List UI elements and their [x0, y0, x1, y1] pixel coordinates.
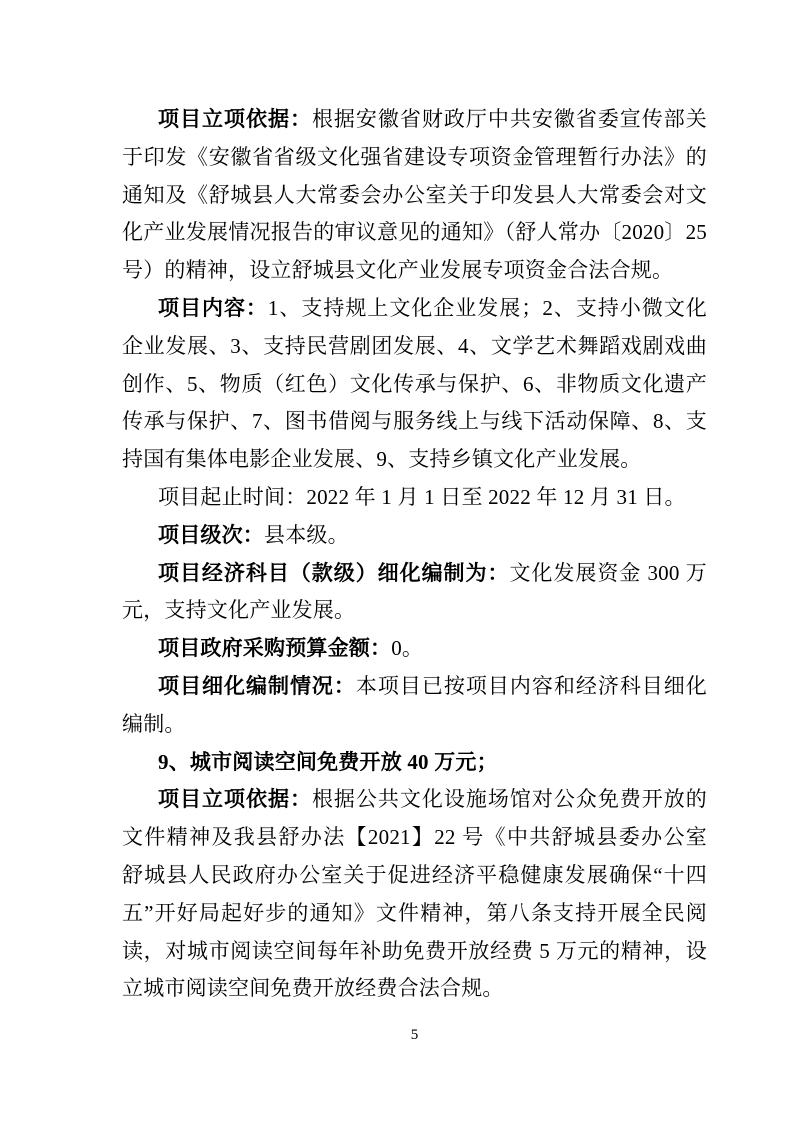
- document-body: 项目立项依据：根据安徽省财政厅中共安徽省委宣传部关于印发《安徽省省级文化强省建设…: [122, 101, 707, 1008]
- body-text: 项目起止时间：2022 年 1 月 1 日至 2022 年 12 月 31 日。: [158, 485, 686, 509]
- paragraph: 项目起止时间：2022 年 1 月 1 日至 2022 年 12 月 31 日。: [122, 479, 707, 517]
- label-text: 项目经济科目（款级）细化编制为：: [158, 561, 509, 585]
- paragraph: 项目经济科目（款级）细化编制为：文化发展资金 300 万元，支持文化产业发展。: [122, 555, 707, 631]
- body-text: 根据公共文化设施场馆对公众免费开放的文件精神及我县舒办法【2021】22 号《中…: [122, 787, 728, 1000]
- paragraph: 项目立项依据：根据安徽省财政厅中共安徽省委宣传部关于印发《安徽省省级文化强省建设…: [122, 101, 707, 290]
- paragraph: 项目政府采购预算金额：0。: [122, 630, 707, 668]
- label-text: 9、城市阅读空间免费开放 40 万元；: [158, 750, 498, 774]
- label-text: 项目立项依据：: [158, 787, 312, 811]
- label-text: 项目内容：: [158, 296, 268, 320]
- label-text: 项目政府采购预算金额：: [158, 636, 391, 660]
- paragraph: 项目立项依据：根据公共文化设施场馆对公众免费开放的文件精神及我县舒办法【2021…: [122, 781, 707, 1008]
- body-text: 0。: [391, 636, 423, 660]
- body-text: 1、支持规上文化企业发展；2、支持小微文化企业发展、3、支持民营剧团发展、4、文…: [122, 296, 707, 471]
- label-text: 项目级次：: [158, 523, 264, 547]
- page-number: 5: [122, 1024, 707, 1046]
- paragraph: 9、城市阅读空间免费开放 40 万元；: [122, 744, 707, 782]
- document-page: 项目立项依据：根据安徽省财政厅中共安徽省委宣传部关于印发《安徽省省级文化强省建设…: [0, 0, 793, 1122]
- label-text: 项目细化编制情况：: [158, 674, 356, 698]
- label-text: 项目立项依据：: [158, 107, 312, 131]
- body-text: 县本级。: [264, 523, 349, 547]
- paragraph: 项目细化编制情况：本项目已按项目内容和经济科目细化编制。: [122, 668, 707, 744]
- paragraph: 项目内容：1、支持规上文化企业发展；2、支持小微文化企业发展、3、支持民营剧团发…: [122, 290, 707, 479]
- body-text: 根据安徽省财政厅中共安徽省委宣传部关于印发《安徽省省级文化强省建设专项资金管理暂…: [122, 107, 707, 282]
- paragraph: 项目级次：县本级。: [122, 517, 707, 555]
